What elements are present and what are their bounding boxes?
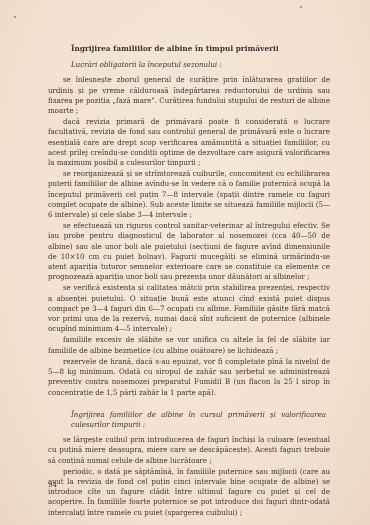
paragraph: se înlesnește zborul general de curățire… bbox=[48, 75, 330, 116]
paragraph: familiile excesiv de slăbite se vor unif… bbox=[48, 335, 330, 355]
scan-speck bbox=[14, 16, 16, 18]
paragraph: se lărgește cuibul prin introducerea de … bbox=[48, 435, 330, 466]
paragraph: se efectuează un riguros control sanitar… bbox=[48, 221, 330, 282]
paragraph: dacă revizia primară de primăvară poate … bbox=[48, 117, 330, 168]
book-page: Îngrijirea familiilor de albine în timpu… bbox=[0, 0, 370, 525]
subsection-heading: Lucrări obligatorii la începutul sezonul… bbox=[71, 60, 330, 70]
page-number: 94 bbox=[48, 481, 57, 489]
page-content: Îngrijirea familiilor de albine în timpu… bbox=[48, 44, 330, 519]
paragraph: rezervele de hrană, dacă s-au epuizat, v… bbox=[48, 357, 330, 398]
paragraph: periodic, o dată pe săptămînă, în famili… bbox=[48, 467, 330, 518]
section-title: Îngrijirea familiilor de albine în timpu… bbox=[71, 44, 330, 54]
paragraph: se reorganizează și se strîmtorează cuib… bbox=[48, 169, 330, 220]
scan-speck bbox=[300, 6, 302, 8]
paragraph: se verifică existența și calitatea mătci… bbox=[48, 283, 330, 334]
subsection-heading: Îngrijirea familiilor de albine în cursu… bbox=[71, 410, 330, 430]
